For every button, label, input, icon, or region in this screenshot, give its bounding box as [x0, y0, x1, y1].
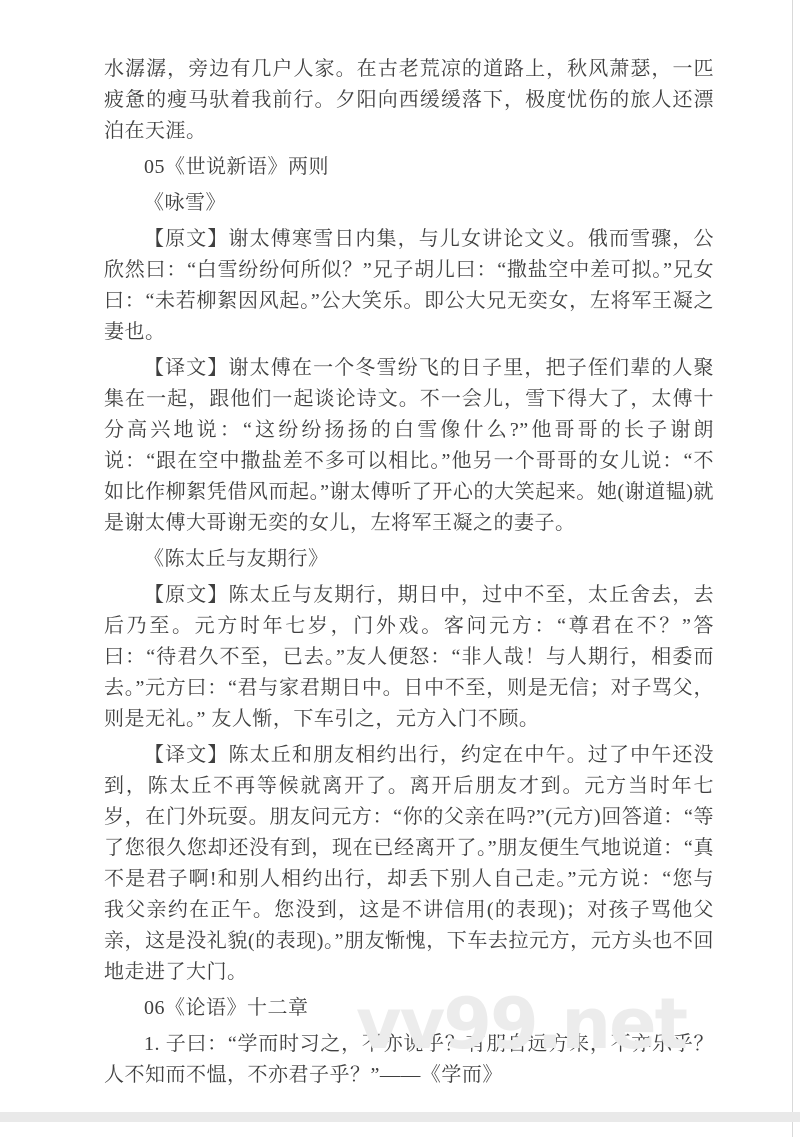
subsection-title-chentaiqiu: 《陈太丘与友期行》 [104, 544, 714, 575]
original-text-paragraph-yongxue: 【原文】谢太傅寒雪日内集，与儿女讲论文义。俄而雪骤，公欣然曰：“白雪纷纷何所似？… [104, 224, 714, 348]
section-heading-05: 05《世说新语》两则 [104, 152, 714, 183]
body-paragraph-continuation: 水潺潺，旁边有几户人家。在古老荒凉的道路上，秋风萧瑟，一匹疲惫的瘦马驮着我前行。… [104, 54, 714, 147]
translation-paragraph-yongxue: 【译文】谢太傅在一个冬雪纷飞的日子里，把子侄们辈的人聚集在一起，跟他们一起谈论诗… [104, 353, 714, 539]
next-page-top [0, 1122, 793, 1137]
document-content: 水潺潺，旁边有几户人家。在古老荒凉的道路上，秋风萧瑟，一匹疲惫的瘦马驮着我前行。… [104, 54, 714, 1096]
subsection-title-yongxue: 《咏雪》 [104, 188, 714, 219]
translation-paragraph-chentaiqiu: 【译文】陈太丘和朋友相约出行，约定在中午。过了中午还没到，陈太丘不再等候就离开了… [104, 740, 714, 988]
original-text-paragraph-chentaiqiu: 【原文】陈太丘与友期行，期日中，过中不至，太丘舍去，去后乃至。元方时年七岁，门外… [104, 580, 714, 735]
document-page: 水潺潺，旁边有几户人家。在古老荒凉的道路上，秋风萧瑟，一匹疲惫的瘦马驮着我前行。… [0, 0, 793, 1112]
page-separator [0, 1112, 800, 1122]
watermark: vv99.net [356, 983, 686, 1065]
